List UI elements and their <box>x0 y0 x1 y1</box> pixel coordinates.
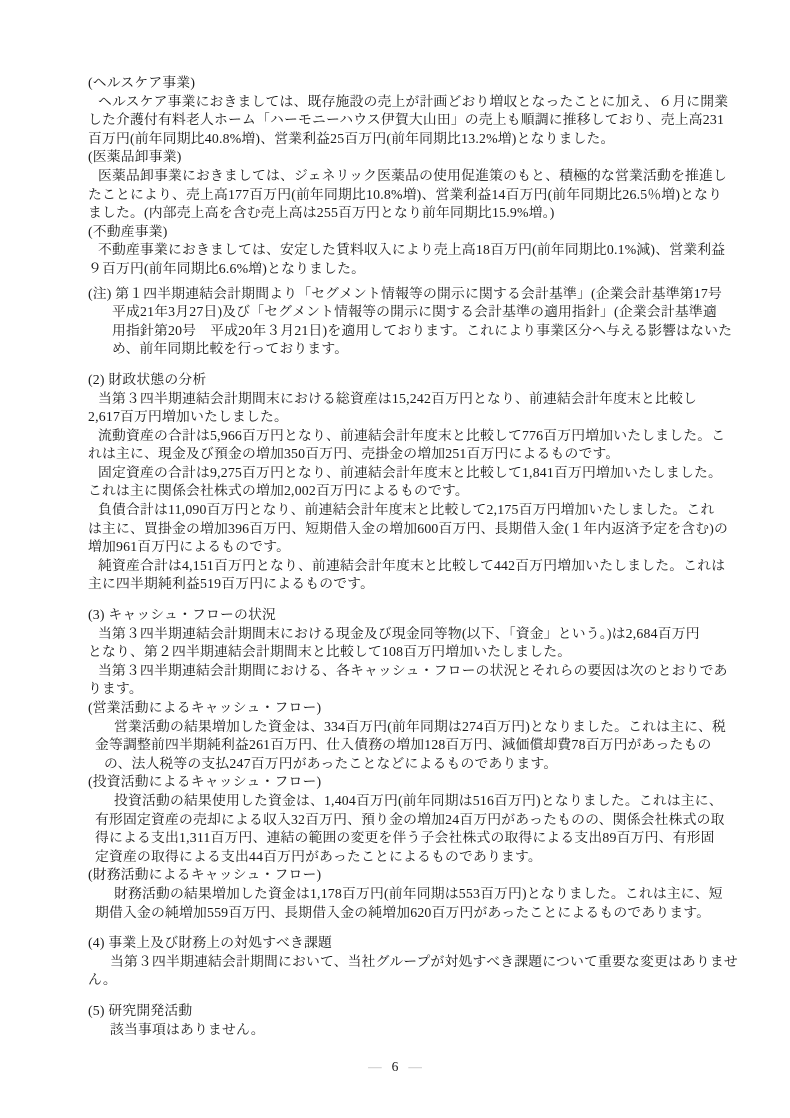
text-line: 投資活動の結果使用した資金は、1,404百万円(前年同期は516百万円)となりま… <box>88 792 720 811</box>
text-line: 固定資産の合計は9,275百万円となり、前連結会計年度末と比較して1,841百万… <box>88 464 720 483</box>
subsection-label: (営業活動によるキャッシュ・フロー) <box>88 699 720 718</box>
text-line: 営業活動の結果増加した資金は、334百万円(前年同期は274百万円)となりました… <box>88 718 720 737</box>
page-number: 6 <box>382 1059 409 1074</box>
section-note: (注) 第１四半期連結会計期間より「セグメント情報等の開示に関する会計基準」(企… <box>88 285 720 359</box>
text-line: 定資産の取得による支出44百万円があったことによるものであります。 <box>88 848 720 867</box>
text-line: 2,617百万円増加いたしました。 <box>88 408 720 427</box>
text-line: 得による支出1,311百万円、連結の範囲の変更を伴う子会社株式の取得による支出8… <box>88 829 720 848</box>
text-line: 流動資産の合計は5,966百万円となり、前連結会計年度末と比較して776百万円増… <box>88 427 720 446</box>
section-heading: (5) 研究開発活動 <box>88 1002 720 1021</box>
text-line: 増加961百万円によるものです。 <box>88 538 720 557</box>
text-line: 不動産事業におきましては、安定した賃料収入により売上高18百万円(前年同期比0.… <box>88 241 720 260</box>
subsection-label: (ヘルスケア事業) <box>88 74 720 93</box>
text-line: これは主に関係会社株式の増加2,002百万円によるものです。 <box>88 482 720 501</box>
text-line: は主に、買掛金の増加396百万円、短期借入金の増加600百万円、長期借入金(１年… <box>88 520 720 539</box>
text-line: となり、第２四半期連結会計期間末と比較して108百万円増加いたしました。 <box>88 643 720 662</box>
text-line: ました。(内部売上高を含む売上高は255百万円となり前年同期比15.9%増。) <box>88 204 720 223</box>
text-line: たことにより、売上高177百万円(前年同期比10.8%増)、営業利益14百万円(… <box>88 186 720 205</box>
text-line: ヘルスケア事業におきましては、既存施設の売上が計画どおり増収となったことに加え、… <box>88 93 720 112</box>
text-line: 医薬品卸事業におきましては、ジェネリック医薬品の使用促進策のもと、積極的な営業活… <box>88 167 720 186</box>
section-sec2: (2) 財政状態の分析当第３四半期連結会計期間末における総資産は15,242百万… <box>88 371 720 594</box>
section-heading: (4) 事業上及び財務上の対処すべき課題 <box>88 934 720 953</box>
text-line: ん。 <box>88 971 720 990</box>
text-line: (注) 第１四半期連結会計期間より「セグメント情報等の開示に関する会計基準」(企… <box>88 285 720 304</box>
text-line: 負債合計は11,090百万円となり、前連結会計年度末と比較して2,175百万円増… <box>88 501 720 520</box>
text-line: 当第３四半期連結会計期間末における現金及び現金同等物(以下、「資金」という。)は… <box>88 625 720 644</box>
section-heading: (3) キャッシュ・フローの状況 <box>88 606 720 625</box>
text-line: 主に四半期純利益519百万円によるものです。 <box>88 575 720 594</box>
section-sec4: (4) 事業上及び財務上の対処すべき課題当第３四半期連結会計期間において、当社グ… <box>88 934 720 990</box>
text-line: 当第３四半期連結会計期間において、当社グループが対処すべき課題について重要な変更… <box>88 953 720 972</box>
text-line: 有形固定資産の売却による収入32百万円、預り金の増加24百万円があったものの、関… <box>88 811 720 830</box>
section-heading: (2) 財政状態の分析 <box>88 371 720 390</box>
text-line: 平成21年3月27日)及び「セグメント情報等の開示に関する会計基準の適用指針」(… <box>88 303 720 322</box>
document-page: (ヘルスケア事業)ヘルスケア事業におきましては、既存施設の売上が計画どおり増収と… <box>0 0 790 1118</box>
text-line: 期借入金の純増加559百万円、長期借入金の純増加620百万円があったことによるも… <box>88 904 720 923</box>
section-segments: (ヘルスケア事業)ヘルスケア事業におきましては、既存施設の売上が計画どおり増収と… <box>88 74 720 279</box>
text-line: 財務活動の結果増加した資金は1,178百万円(前年同期は553百万円)となりまし… <box>88 885 720 904</box>
text-line: 純資産合計は4,151百万円となり、前連結会計年度末と比較して442百万円増加い… <box>88 557 720 576</box>
page-footer: ―6― <box>0 1058 790 1076</box>
subsection-label: (医薬品卸事業) <box>88 148 720 167</box>
footer-dash-left: ― <box>368 1059 382 1074</box>
text-line: め、前年同期比較を行っております。 <box>88 340 720 359</box>
subsection-label: (財務活動によるキャッシュ・フロー) <box>88 866 720 885</box>
footer-dash-right: ― <box>408 1059 422 1074</box>
text-line: 当第３四半期連結会計期間末における総資産は15,242百万円となり、前連結会計年… <box>88 390 720 409</box>
subsection-label: (投資活動によるキャッシュ・フロー) <box>88 773 720 792</box>
text-line: した介護付有料老人ホーム「ハーモニーハウス伊賀大山田」の売上も順調に推移しており… <box>88 111 720 130</box>
section-sec3: (3) キャッシュ・フローの状況当第３四半期連結会計期間末における現金及び現金同… <box>88 606 720 922</box>
text-line: の、法人税等の支払247百万円があったことなどによるものであります。 <box>88 755 720 774</box>
text-line: ９百万円(前年同期比6.6%増)となりました。 <box>88 260 720 279</box>
text-line: 用指針第20号 平成20年３月21日)を適用しております。これにより事業区分へ与… <box>88 322 720 341</box>
text-line: ります。 <box>88 680 720 699</box>
text-line: 金等調整前四半期純利益261百万円、仕入債務の増加128百万円、減価償却費78百… <box>88 736 720 755</box>
text-line: 当第３四半期連結会計期間における、各キャッシュ・フローの状況とそれらの要因は次の… <box>88 662 720 681</box>
text-line: 百万円(前年同期比40.8%増)、営業利益25百万円(前年同期比13.2%増)と… <box>88 130 720 149</box>
text-line: 該当事項はありません。 <box>88 1021 720 1040</box>
document-body: (ヘルスケア事業)ヘルスケア事業におきましては、既存施設の売上が計画どおり増収と… <box>88 74 720 1039</box>
subsection-label: (不動産事業) <box>88 223 720 242</box>
section-sec5: (5) 研究開発活動該当事項はありません。 <box>88 1002 720 1039</box>
text-line: れは主に、現金及び預金の増加350百万円、売掛金の増加251百万円によるものです… <box>88 445 720 464</box>
